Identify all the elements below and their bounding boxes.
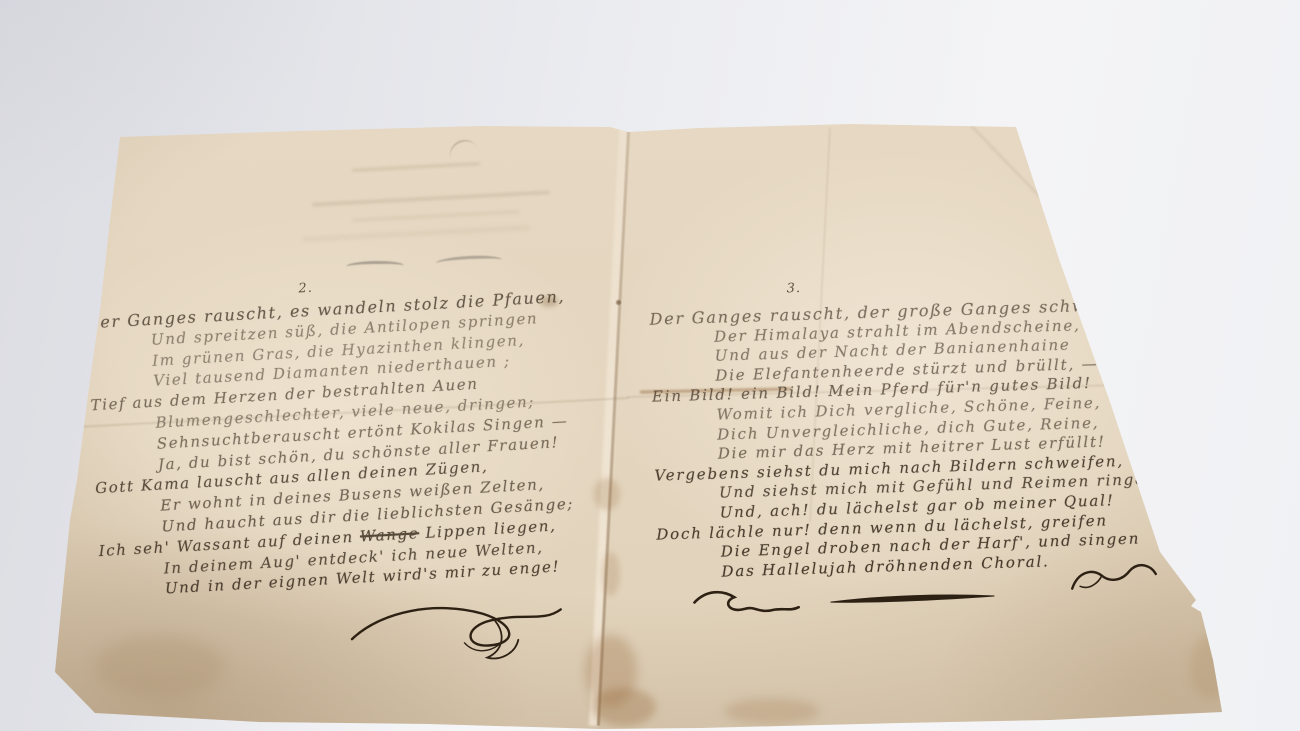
foxing-stain (724, 698, 820, 724)
ink-bleedthrough-line (302, 226, 530, 241)
page-2: 2. Der Ganges rauscht, es wandeln stolz … (75, 240, 643, 690)
page-3: 3. Der Ganges rauscht, der große Ganges … (640, 252, 1227, 670)
ink-bleedthrough-line (352, 211, 520, 222)
foxing-stain (592, 688, 656, 726)
manuscript-sheet: 2. Der Ganges rauscht, es wandeln stolz … (0, 0, 1300, 731)
flourish-squiggle-icon (692, 585, 803, 622)
ink-bleedthrough-line (312, 191, 550, 206)
flourish-swash-icon (344, 590, 598, 676)
flourish-tilde-icon (1067, 562, 1160, 597)
page-number: 2. (298, 281, 313, 297)
studio-background: 2. Der Ganges rauscht, es wandeln stolz … (0, 0, 1300, 731)
flourish-rule-icon (828, 589, 998, 608)
crossed-out-word: Wange (360, 524, 420, 545)
manuscript-lines: Der Ganges rauscht, es wandeln stolz die… (77, 287, 580, 605)
manuscript-lines: Der Ganges rauscht, der große Ganges sch… (641, 293, 1190, 584)
page-number: 3. (786, 281, 801, 296)
corner-fold-crease (971, 125, 1060, 217)
